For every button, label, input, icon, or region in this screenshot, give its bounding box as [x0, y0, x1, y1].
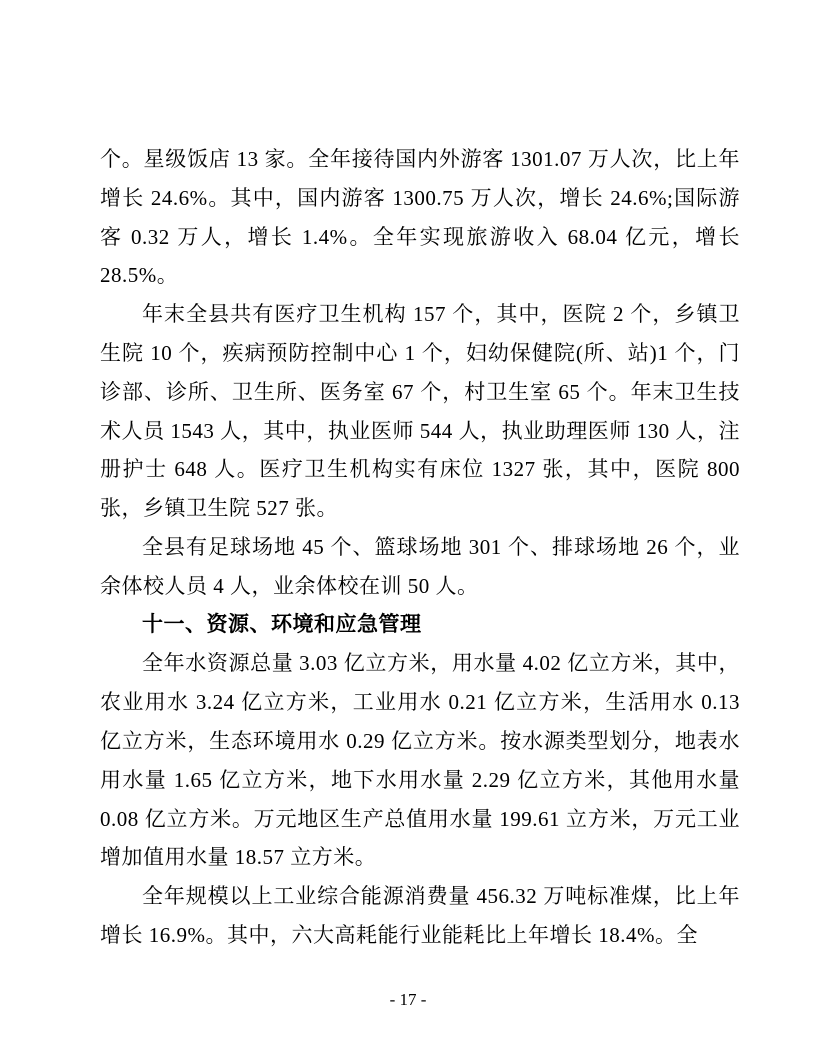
paragraph-water-resources: 全年水资源总量 3.03 亿立方米，用水量 4.02 亿立方米，其中，农业用水 … [100, 644, 740, 877]
section-heading-resources-environment: 十一、资源、环境和应急管理 [100, 606, 740, 645]
page-number: - 17 - [0, 990, 816, 1010]
paragraph-tourism-continuation: 个。星级饭店 13 家。全年接待国内外游客 1301.07 万人次，比上年增长 … [100, 140, 740, 295]
paragraph-energy-consumption: 全年规模以上工业综合能源消费量 456.32 万吨标准煤，比上年增长 16.9%… [100, 877, 740, 955]
paragraph-health-institutions: 年末全县共有医疗卫生机构 157 个，其中，医院 2 个，乡镇卫生院 10 个，… [100, 295, 740, 528]
document-page: 个。星级饭店 13 家。全年接待国内外游客 1301.07 万人次，比上年增长 … [0, 0, 816, 1056]
paragraph-sports-facilities: 全县有足球场地 45 个、篮球场地 301 个、排球场地 26 个，业余体校人员… [100, 528, 740, 606]
page-body: 个。星级饭店 13 家。全年接待国内外游客 1301.07 万人次，比上年增长 … [100, 140, 740, 955]
